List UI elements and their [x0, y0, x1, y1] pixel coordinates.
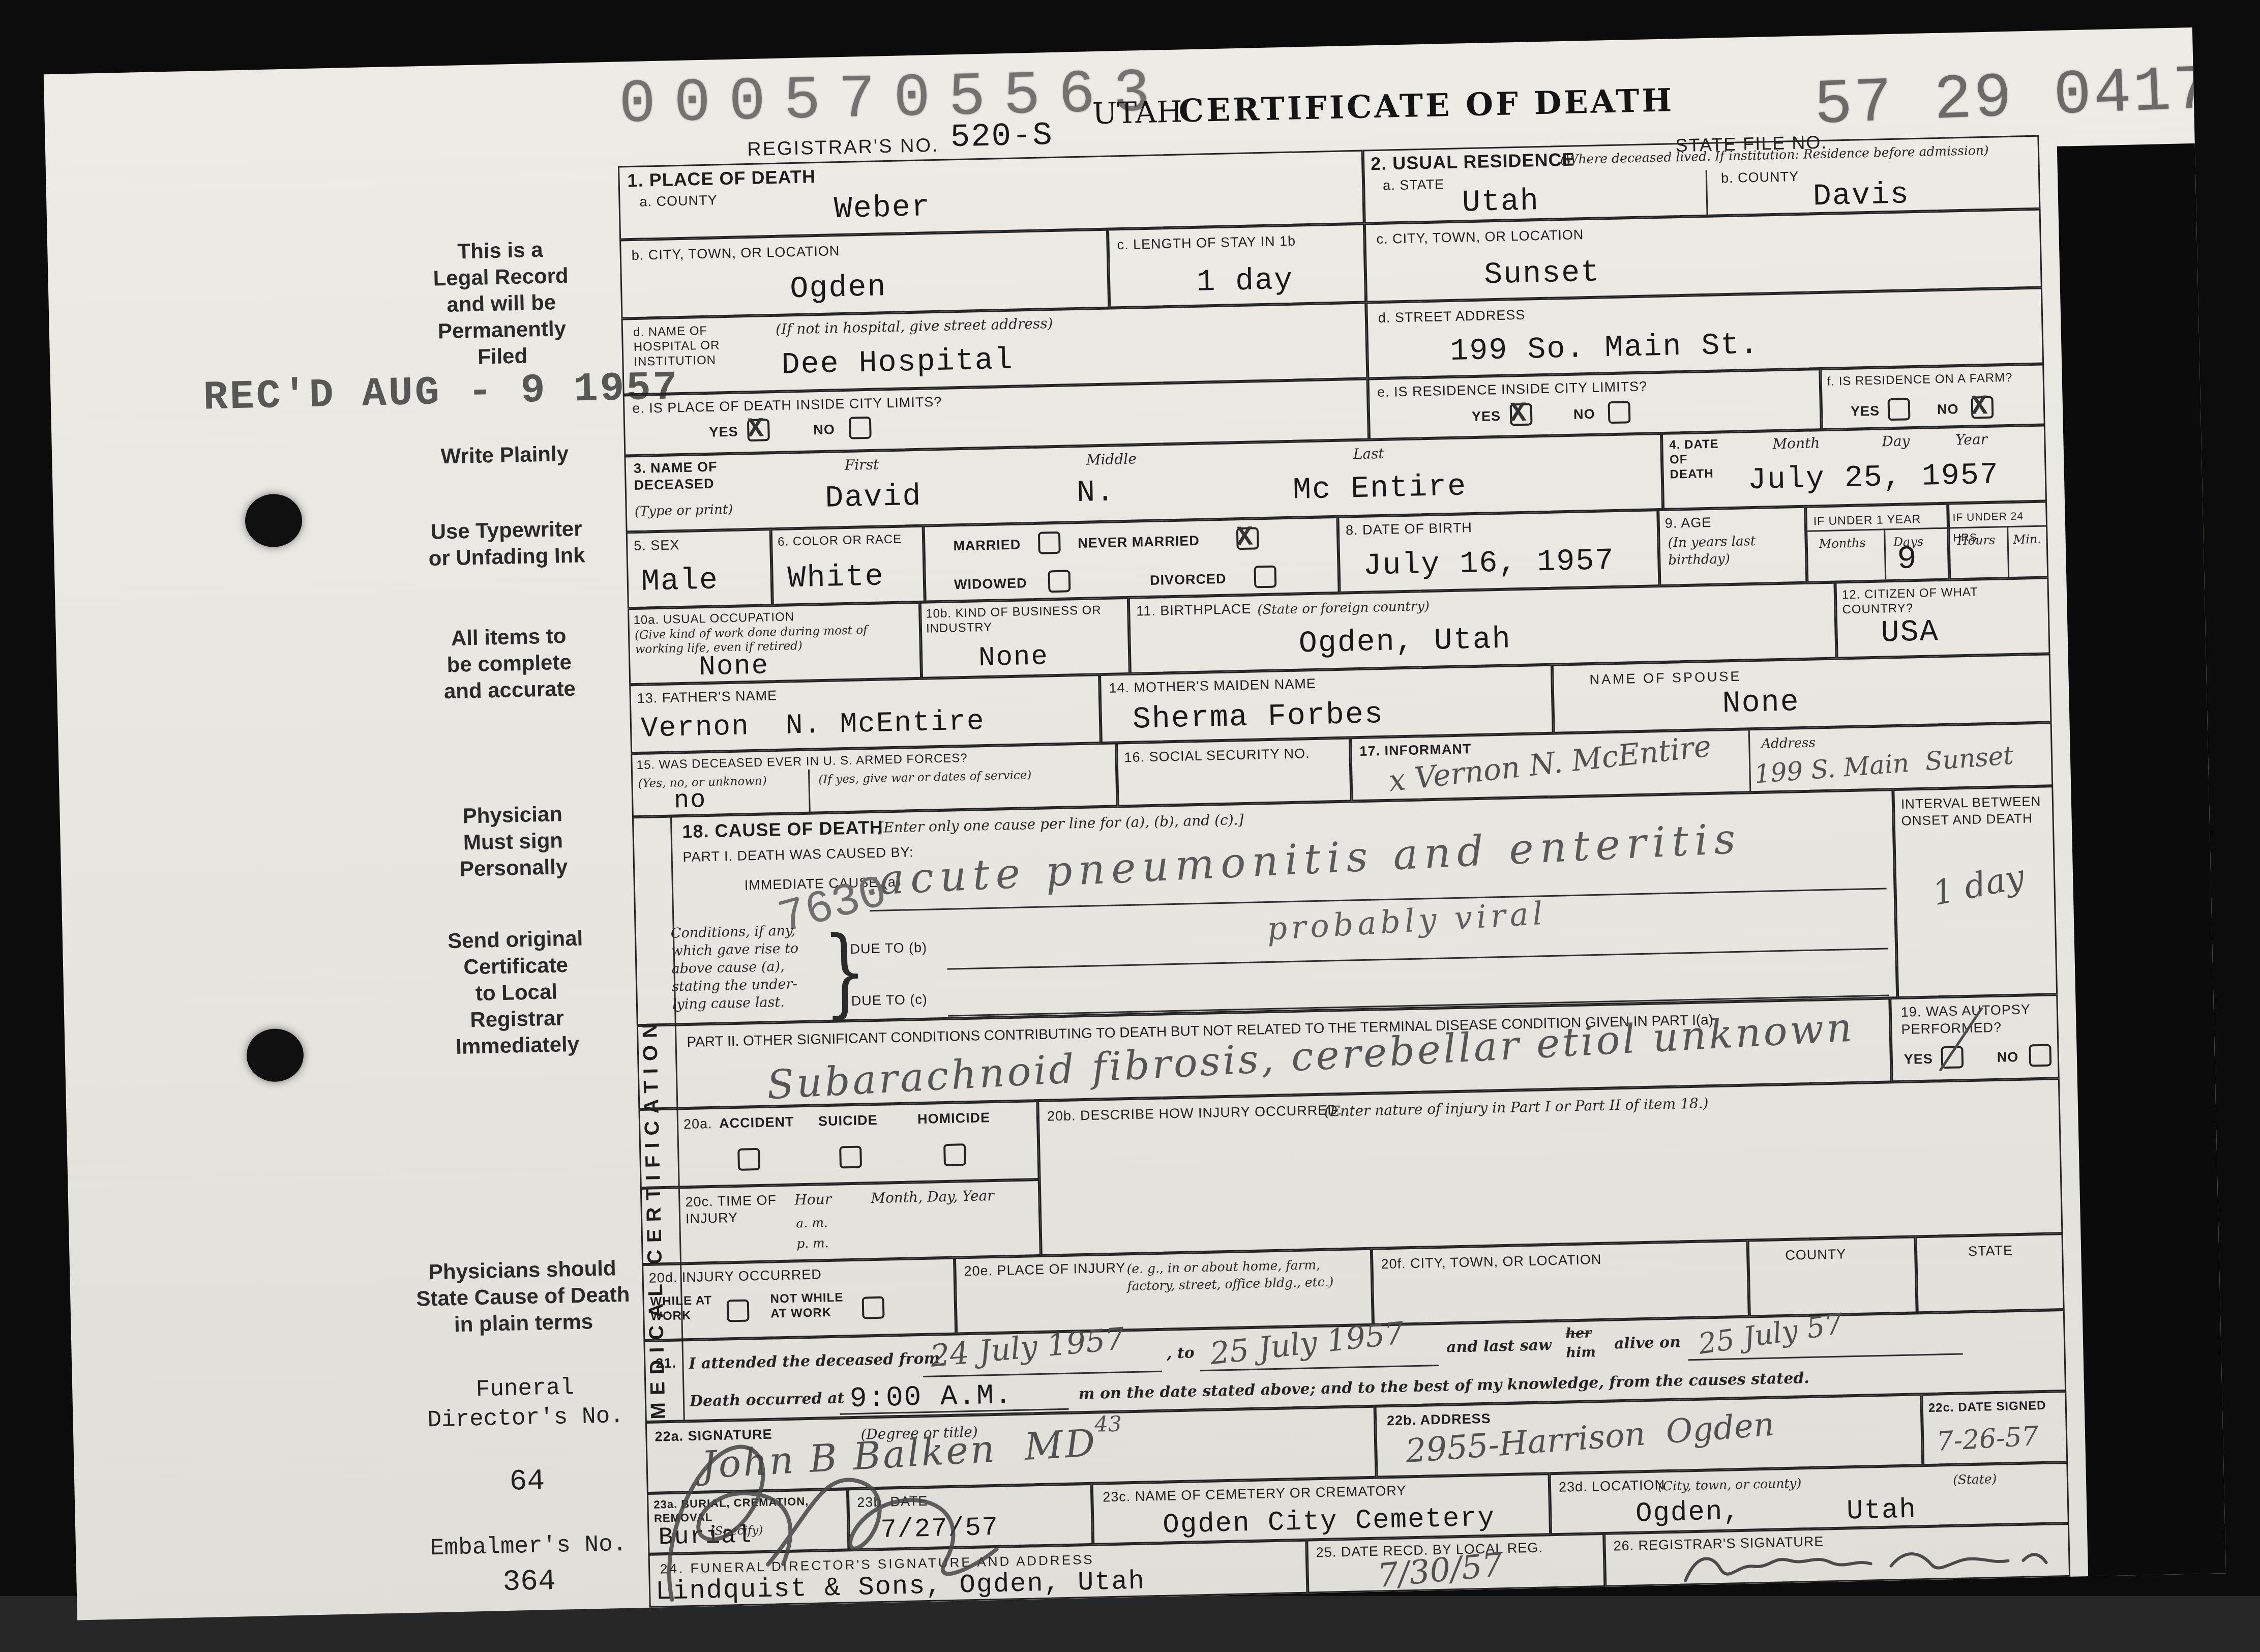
field-17-address-divider [1748, 730, 1751, 792]
field-5-label: 5. SEX [634, 537, 680, 554]
field-23d-location: 23d. LOCATION (City, town, or county) (S… [1549, 1462, 2069, 1535]
field-1c-value: 1 day [1197, 263, 1294, 300]
field-5-sex: 5. SEX Male [626, 529, 772, 608]
field-2ab-divider [1706, 170, 1708, 216]
due-to-c-label: DUE TO (c) [851, 991, 928, 1010]
field-2f-farm: f. IS RESIDENCE ON A FARM? YES NO X [1820, 364, 2045, 430]
field-2f-label: f. IS RESIDENCE ON A FARM? [1827, 370, 2041, 389]
field-20f-state: STATE [1916, 1233, 2065, 1313]
field-22b-address: 22b. ADDRESS 2955-Harrison Ogden [1375, 1394, 1923, 1477]
field-1a-label: a. COUNTY [639, 192, 718, 210]
him-text: him [1566, 1344, 1596, 1362]
field-20d-label: 20d. INJURY OCCURRED [648, 1266, 822, 1286]
field-10b-label: 10b. KIND OF BUSINESS OR INDUSTRY [926, 602, 1124, 636]
field-20b-hint: (Enter nature of injury in Part I or Par… [1324, 1095, 1708, 1120]
field-7-married-checkbox [1038, 532, 1061, 554]
field-9-age: 9. AGE (In years last birthday) [1658, 507, 1807, 586]
punch-hole-top [245, 493, 303, 547]
field-1a-value: Weber [834, 190, 931, 227]
field-10b-value: None [978, 641, 1049, 674]
field-13-father: 13. FATHER'S NAME Vernon N. McEntire [629, 674, 1101, 753]
field-20c-label: 20c. TIME OF INJURY [685, 1192, 777, 1227]
field-14-label: 14. MOTHER'S MAIDEN NAME [1109, 675, 1316, 697]
interval-value: 1 day [1929, 857, 2028, 913]
hour-label: Hour [794, 1191, 831, 1209]
field-25-date-received: 25. DATE RECD. BY LOCAL REG. 7/30/57 [1306, 1533, 1605, 1594]
field-21-number: 21. [656, 1355, 676, 1372]
hours-label: Hours [1957, 532, 1995, 550]
field-2f-yes-checkbox [1888, 398, 1911, 421]
registrars-no-value: 520-S [950, 117, 1054, 156]
field-23d-state-hint: (State) [1953, 1470, 1997, 1489]
field-3-middle-value: N. [1076, 475, 1115, 511]
days-value: 9 [1897, 541, 1918, 578]
to-text: , to [1167, 1344, 1195, 1362]
field-2c-value: Sunset [1483, 256, 1600, 293]
field-20f-label: 20f. CITY, TOWN, OR LOCATION [1381, 1251, 1602, 1273]
county-label: COUNTY [1785, 1246, 1847, 1264]
alive-on-text: alive on [1614, 1334, 1681, 1353]
field-20e: 20e. PLACE OF INJURY (e. g., in or about… [955, 1249, 1373, 1334]
field-11-hint: (State or foreign country) [1257, 598, 1430, 618]
field-23c-cemetery: 23c. NAME OF CEMETERY OR CREMATORY Ogden… [1092, 1473, 1551, 1545]
while-at-work-label: WHILE AT WORK [650, 1293, 712, 1324]
due-to-b-line [947, 948, 1888, 969]
field-10a-value: None [699, 651, 769, 683]
field-3-last-label: Last [1353, 445, 1384, 463]
accident-label: ACCIDENT [719, 1113, 794, 1132]
field-15-value: no [674, 786, 707, 815]
field-4-title: 4. DATE OF DEATH [1669, 436, 1719, 482]
field-2b-label: b. COUNTY [1721, 168, 1799, 187]
field-2e-no-label: NO [1573, 406, 1595, 423]
field-4-day-label: Day [1882, 432, 1910, 450]
field-7-widowed-checkbox [1048, 570, 1071, 593]
field-9-hint: (In years last birthday) [1668, 532, 1800, 569]
funeral-director-signature [637, 1391, 1028, 1610]
state-file-no-stamp: 57 29 0417 [1813, 55, 2214, 142]
field-13-label: 13. FATHER'S NAME [637, 687, 777, 707]
field-7-never-married-mark: X [1236, 522, 1254, 554]
scan-right-void [2057, 143, 2226, 1620]
pm-label: p. m. [796, 1234, 829, 1252]
informant-signature: x Vernon N. McEntire [1387, 728, 1713, 798]
field-16-label: 16. SOCIAL SECURITY NO. [1124, 745, 1348, 766]
field-18-title: 18. CAUSE OF DEATH [682, 817, 883, 842]
registrar-signature [1677, 1540, 2055, 1588]
field-23c-label: 23c. NAME OF CEMETERY OR CREMATORY [1103, 1482, 1407, 1506]
field-4-year-label: Year [1955, 431, 1987, 449]
field-8-date-of-birth: 8. DATE OF BIRTH July 16, 1957 [1337, 510, 1659, 593]
field-3-first-label: First [845, 456, 879, 474]
suicide-checkbox [839, 1146, 862, 1169]
field-15-armed-forces: 15. WAS DECEASED EVER IN U. S. ARMED FOR… [631, 743, 1117, 817]
field-20e-label: 20e. PLACE OF INJURY [964, 1259, 1126, 1280]
field-3-middle-label: Middle [1086, 450, 1137, 468]
field-8-value: July 16, 1957 [1363, 544, 1615, 584]
field-1d-hint: (If not in hospital, give street address… [776, 315, 1053, 338]
field-22c-date-signed: 22c. DATE SIGNED 7-26-57 [1921, 1391, 2068, 1465]
field-1b-city: b. CITY, TOWN, OR LOCATION Ogden [619, 229, 1109, 319]
field-2a-label: a. STATE [1383, 176, 1445, 194]
homicide-checkbox [943, 1143, 966, 1166]
field-2f-no-mark: X [1971, 391, 1988, 423]
field-2a-value: Utah [1462, 184, 1539, 220]
field-7-married-label: MARRIED [953, 536, 1021, 554]
field-1d-label: d. NAME OF HOSPITAL OR INSTITUTION [633, 323, 721, 369]
page-title: CERTIFICATE OF DEATH [1178, 81, 1675, 129]
field-9-label: 9. AGE [1664, 514, 1711, 532]
cause-a2-value: probably viral [1266, 895, 1548, 948]
registrars-no-label: REGISTRAR'S NO. [747, 135, 939, 160]
field-11-value: Ogden, Utah [1298, 622, 1511, 661]
field-3-title: 3. NAME OF DECEASED [634, 458, 718, 494]
punch-hole-bottom [246, 1028, 304, 1082]
field-19-no-checkbox [2029, 1044, 2051, 1067]
field-10b-industry: 10b. KIND OF BUSINESS OR INDUSTRY None [920, 598, 1130, 678]
field-7-divorced-label: DIVORCED [1150, 571, 1227, 589]
field-3-last-value: Mc Entire [1292, 469, 1467, 508]
field-13-value: Vernon N. McEntire [640, 705, 985, 745]
field-19-no-label: NO [1997, 1049, 2019, 1066]
conditions-note: Conditions, if any, which gave rise to a… [671, 921, 818, 1013]
field-7-never-married-label: NEVER MARRIED [1078, 533, 1200, 552]
field-20b-label: 20b. DESCRIBE HOW INJURY OCCURRED. [1047, 1102, 1343, 1125]
field-6-value: White [787, 559, 884, 596]
field-2f-yes-label: YES [1851, 403, 1880, 420]
field-12-citizen: 12. CITIZEN OF WHAT COUNTRY? USA [1835, 577, 2050, 658]
field-2e-city-limits: e. IS RESIDENCE INSIDE CITY LIMITS? YES … [1367, 369, 1821, 439]
field-22b-label: 22b. ADDRESS [1387, 1410, 1491, 1429]
state-label: STATE [1968, 1242, 2013, 1260]
months-label: Months [1819, 534, 1866, 552]
conditions-brace: } [822, 915, 867, 1028]
field-23d-hint: (City, town, or county) [1658, 1474, 1802, 1495]
field-2d-label: d. STREET ADDRESS [1378, 307, 1525, 327]
field-14-value: Sherma Forbes [1132, 697, 1384, 737]
field-spouse: NAME OF SPOUSE None [1552, 654, 2052, 733]
field-2e-yes-mark: X [1509, 398, 1527, 430]
field-23d-city-value: Ogden, [1635, 1496, 1741, 1529]
field-1b-label: b. CITY, TOWN, OR LOCATION [631, 243, 840, 264]
field-18-cause-of-death: 18. CAUSE OF DEATH [Enter only one cause… [632, 789, 1897, 1025]
not-while-at-work-label: NOT WHILE AT WORK [770, 1290, 844, 1321]
field-23d-state-value: Utah [1847, 1495, 1917, 1527]
field-12-label: 12. CITIZEN OF WHAT COUNTRY? [1842, 583, 2046, 617]
field-1d-value: Dee Hospital [781, 343, 1014, 383]
field-20a: 20a. ACCIDENT SUICIDE HOMICIDE [638, 1101, 1039, 1188]
field-23c-value: Ogden City Cemetery [1163, 1503, 1496, 1541]
field-7-widowed-label: WIDOWED [954, 575, 1027, 593]
accident-checkbox [737, 1148, 760, 1171]
field-2e-no-checkbox [1608, 401, 1631, 424]
field-16-ssn: 16. SOCIAL SECURITY NO. [1116, 737, 1352, 806]
field-15-hint2: (If yes, give war or dates of service) [818, 765, 1114, 789]
field-14-mother: 14. MOTHER'S MAIDEN NAME Sherma Forbes [1099, 665, 1554, 743]
field-23d-label: 23d. LOCATION [1559, 1477, 1666, 1496]
field-2c-label: c. CITY, TOWN, OR LOCATION [1376, 226, 1584, 248]
field-1e-no-checkbox [849, 417, 872, 439]
date-signed-value: 7-26-57 [1936, 1421, 2040, 1457]
received-date-stamp: REC'D AUG - 9 1957 [203, 365, 680, 421]
attended-from-text: I attended the deceased from [689, 1350, 940, 1373]
not-while-at-work-checkbox [862, 1296, 885, 1319]
last-saw-text: and last saw [1446, 1337, 1552, 1356]
field-4-month-label: Month [1772, 434, 1820, 453]
signature-extra-mark: 43 [1094, 1411, 1122, 1437]
field-4-value: July 25, 1957 [1747, 458, 1999, 498]
field-3-first-value: David [825, 480, 922, 516]
field-12-value: USA [1881, 615, 1939, 651]
field-11-birthplace: 11. BIRTHPLACE (State or foreign country… [1128, 582, 1837, 674]
title-state: UTAH [1092, 94, 1182, 131]
field-20c: 20c. TIME OF INJURY Hour a. m. p. m. Mon… [640, 1179, 1041, 1264]
field-6-color-race: 6. COLOR OR RACE White [771, 526, 925, 606]
field-20f: 20f. CITY, TOWN, OR LOCATION [1372, 1241, 1749, 1325]
certificate-form: MEDICAL CERTIFICATION 1. PLACE OF DEATH … [618, 135, 2070, 1610]
while-at-work-checkbox [727, 1299, 750, 1322]
due-to-b-label: DUE TO (b) [850, 939, 927, 958]
informant-address-label: Address [1761, 734, 1816, 752]
field-1c-length-of-stay: c. LENGTH OF STAY IN 1b 1 day [1108, 224, 1366, 308]
field-2c-city: c. CITY, TOWN, OR LOCATION Sunset [1364, 209, 2042, 303]
suicide-label: SUICIDE [818, 1112, 878, 1130]
interval-label: INTERVAL BETWEEN ONSET AND DEATH [1901, 793, 2049, 830]
field-1e-label: e. IS PLACE OF DEATH INSIDE CITY LIMITS? [632, 394, 942, 417]
field-18-hint: [Enter only one cause per line for (a), … [878, 811, 1244, 837]
month-day-year-label: Month, Day, Year [871, 1187, 994, 1207]
field-10a-occupation: 10a. USUAL OCCUPATION (Give kind of work… [628, 602, 921, 685]
field-20d: 20d. INJURY OCCURRED WHILE AT WORK NOT W… [642, 1258, 956, 1341]
spouse-label: NAME OF SPOUSE [1589, 668, 1742, 689]
field-11-label: 11. BIRTHPLACE [1136, 601, 1252, 620]
field-2-title: 2. USUAL RESIDENCE [1371, 150, 1575, 174]
field-1e-yes-label: YES [709, 424, 738, 441]
field-15-divider [808, 770, 811, 813]
field-26-registrar: 26. REGISTRAR'S SIGNATURE [1604, 1523, 2070, 1587]
field-3-hint: (Type or print) [634, 501, 733, 520]
am-label: a. m. [796, 1214, 828, 1232]
field-4-date-of-death: 4. DATE OF DEATH Month Day Year July 25,… [1661, 425, 2047, 509]
attestation-tail-text: m on the date stated above; and to the b… [1079, 1370, 1810, 1403]
field-19-autopsy: 19. WAS AUTOPSY PERFORMED? YES NO [1890, 994, 2060, 1082]
field-20a-number: 20a. [683, 1115, 712, 1133]
field-19-yes-label: YES [1904, 1051, 1934, 1068]
min-label: Min. [2013, 530, 2041, 548]
field-22c-label: 22c. DATE SIGNED [1928, 1398, 2061, 1415]
field-7-divorced-checkbox [1254, 566, 1276, 588]
spouse-value: None [1722, 685, 1800, 721]
field-5-value: Male [641, 563, 719, 599]
field-9-under-24-hrs: IF UNDER 24 HRS Hours Min. [1948, 501, 2048, 579]
field-1e-yes-mark: X [747, 414, 764, 445]
field-8-label: 8. DATE OF BIRTH [1346, 519, 1473, 539]
field-20e-hint: (e. g., in or about home, farm, factory,… [1126, 1255, 1366, 1295]
homicide-label: HOMICIDE [917, 1109, 991, 1128]
field-2f-no-label: NO [1937, 401, 1959, 418]
serial-number-stamp: 0005705563 [618, 59, 1169, 140]
field-2b-value: Davis [1812, 178, 1910, 214]
field-2-hint: (Where deceased lived. If institution: R… [1560, 141, 2034, 168]
field-2d-street: d. STREET ADDRESS 199 So. Main St. [1366, 288, 2044, 379]
field-7-marital-status: 20a. MARRIED NEVER MARRIED X WIDOWED DIV… [924, 517, 1340, 602]
field-10a-hint: (Give kind of work done during most of w… [635, 622, 915, 657]
field-1e-no-label: NO [813, 421, 835, 438]
her-text: her [1565, 1324, 1592, 1342]
field-2e-label: e. IS RESIDENCE INSIDE CITY LIMITS? [1377, 378, 1648, 401]
certificate-paper: This is a Legal Record and will be Perma… [44, 27, 2226, 1620]
field-1b-value: Ogden [790, 270, 887, 307]
field-20b: 20b. DESCRIBE HOW INJURY OCCURRED. (Ente… [1037, 1078, 2063, 1256]
field-20f-county: COUNTY [1748, 1236, 1917, 1316]
field-9-under-1-year: IF UNDER 1 YEAR Months Days 9 [1805, 504, 1949, 583]
field-1c-label: c. LENGTH OF STAY IN 1b [1117, 233, 1296, 254]
field-2d-value: 199 So. Main St. [1450, 328, 1760, 369]
field-6-label: 6. COLOR OR RACE [778, 532, 920, 549]
field-2ab-state-county: 2. USUAL RESIDENCE (Where deceased lived… [1363, 135, 2041, 224]
field-2e-yes-label: YES [1472, 408, 1501, 425]
field-interval: INTERVAL BETWEEN ONSET AND DEATH 1 day [1893, 786, 2058, 998]
months-days-divider [1884, 528, 1886, 579]
field-1-title: 1. PLACE OF DEATH [627, 166, 816, 191]
